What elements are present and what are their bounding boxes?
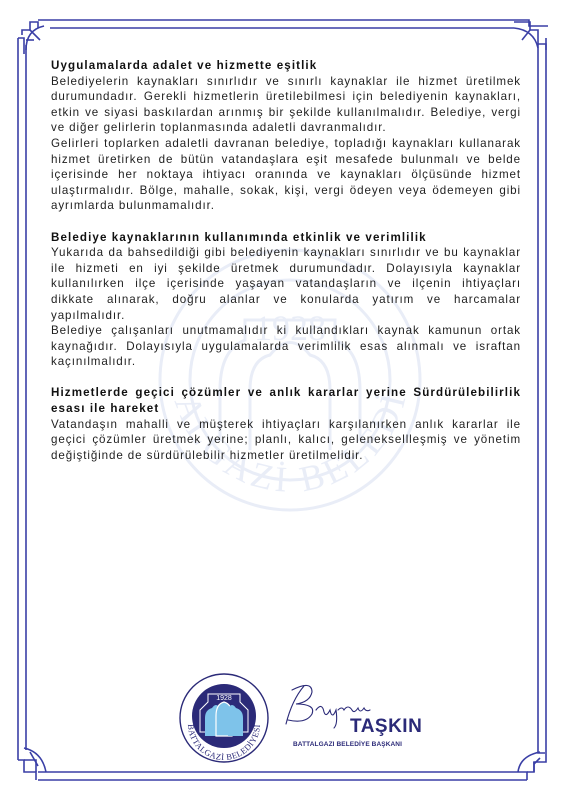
section-heading: Uygulamalarda adalet ve hizmette eşitlik <box>51 58 521 74</box>
paragraph: Belediye çalışanları unutmamalıdır ki ku… <box>51 323 521 370</box>
paragraph: Belediyelerin kaynakları sınırlıdır ve s… <box>51 74 521 136</box>
mayor-title: BATTALGAZI BELEDİYE BAŞKANI <box>293 741 402 748</box>
mayor-name: TAŞKIN <box>350 716 422 738</box>
section-heading: Hizmetlerde geçici çözümler ve anlık kar… <box>51 385 521 416</box>
paragraph: Yukarıda da bahsedildiği gibi belediyeni… <box>51 245 521 323</box>
paragraph: Gelirleri toplarken adaletli davranan be… <box>51 136 521 214</box>
section-equality: Uygulamalarda adalet ve hizmette eşitlik… <box>51 58 521 214</box>
section-efficiency: Belediye kaynaklarının kullanımında etki… <box>51 230 521 370</box>
document-body: Uygulamalarda adalet ve hizmette eşitlik… <box>51 58 521 479</box>
paragraph: Vatandaşın mahalli ve müşterek ihtiyaçla… <box>51 417 521 464</box>
seal-year: 1928 <box>216 695 232 702</box>
footer-signature-block: 1928 BATTALGAZİ BELEDİYESİ TAŞKIN BATTAL… <box>178 672 438 762</box>
section-heading: Belediye kaynaklarının kullanımında etki… <box>51 230 521 246</box>
section-sustainability: Hizmetlerde geçici çözümler ve anlık kar… <box>51 385 521 463</box>
municipality-seal-icon: 1928 BATTALGAZİ BELEDİYESİ <box>178 672 270 764</box>
